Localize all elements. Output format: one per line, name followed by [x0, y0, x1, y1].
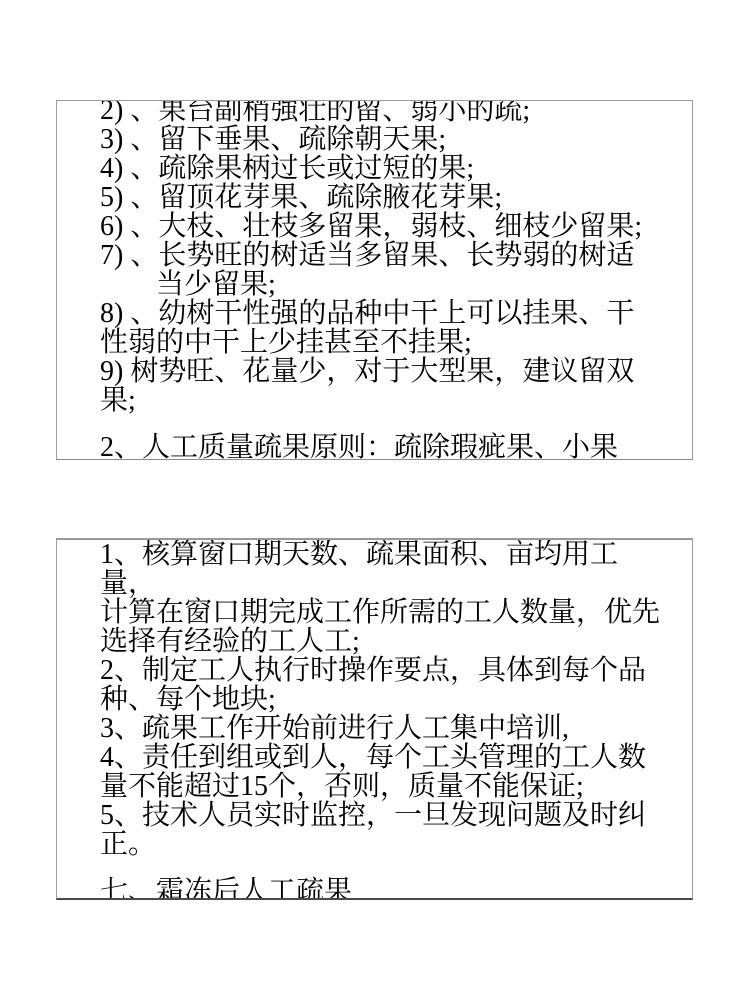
document-page-1: 2) 、果台副梢強壮的留、弱小的疏;3) 、留下垂果、疏除朝天果;4) 、疏除果… — [56, 100, 693, 460]
document-canvas: 2) 、果台副梢強壮的留、弱小的疏;3) 、留下垂果、疏除朝天果;4) 、疏除果… — [0, 0, 750, 1000]
page-1-text-block: 2) 、果台副梢強壮的留、弱小的疏;3) 、留下垂果、疏除朝天果;4) 、疏除果… — [57, 100, 692, 460]
text-line: 4) 、疏除果柄过长或过短的果; — [100, 154, 666, 183]
text-line: 3) 、留下垂果、疏除朝天果; — [100, 125, 666, 154]
text-line: 果; — [100, 386, 666, 415]
text-line — [100, 859, 666, 877]
text-line: 4、责任到组或到人，每个工头管理的工人数 — [100, 743, 666, 772]
text-line: 9) 树势旺、花量少，对于大型果，建议留双 — [100, 357, 666, 386]
text-line: 2) 、果台副梢強壮的留、弱小的疏; — [100, 100, 666, 125]
text-line: 3、疏果工作开始前进行人工集中培训, — [100, 714, 666, 743]
text-line: 1、核算窗口期天数、疏果面积、亩均用工量， — [100, 540, 666, 598]
page-2-text-block: 1、核算窗口期天数、疏果面积、亩均用工量，计算在窗口期完成工作所需的工人数量，优… — [57, 540, 692, 900]
text-line: 2、制定工人执行时操作要点，具体到每个品 — [100, 656, 666, 685]
text-line: 种、每个地块; — [100, 685, 666, 714]
text-line: 5、技术人员实时监控，一旦发现问题及时纠 — [100, 801, 666, 830]
text-line: 性弱的中干上少挂甚至不挂果; — [100, 328, 666, 357]
document-page-2: 1、核算窗口期天数、疏果面积、亩均用工量，计算在窗口期完成工作所需的工人数量，优… — [56, 538, 693, 900]
text-line: 6) 、大枝、壮枝多留果，弱枝、细枝少留果; — [100, 212, 666, 241]
text-line: 计算在窗口期完成工作所需的工人数量，优先 — [100, 598, 666, 627]
text-line: 当少留果; — [100, 270, 666, 299]
text-line: 2、人工质量疏果原则：疏除瑕疵果、小果 — [100, 433, 666, 460]
text-line: 正。 — [100, 830, 666, 859]
text-line: 选择有经验的工人工; — [100, 627, 666, 656]
text-line: 5) 、留顶花芽果、疏除腋花芽果; — [100, 183, 666, 212]
text-line: 七、霜冻后人工疏果 — [100, 877, 666, 900]
text-line — [100, 415, 666, 433]
text-line: 7) 、长势旺的树适当多留果、长势弱的树适 — [100, 241, 666, 270]
text-line: 8) 、幼树干性强的品种中干上可以挂果、干 — [100, 299, 666, 328]
text-line: 量不能超过15个，否则，质量不能保证; — [100, 772, 666, 801]
